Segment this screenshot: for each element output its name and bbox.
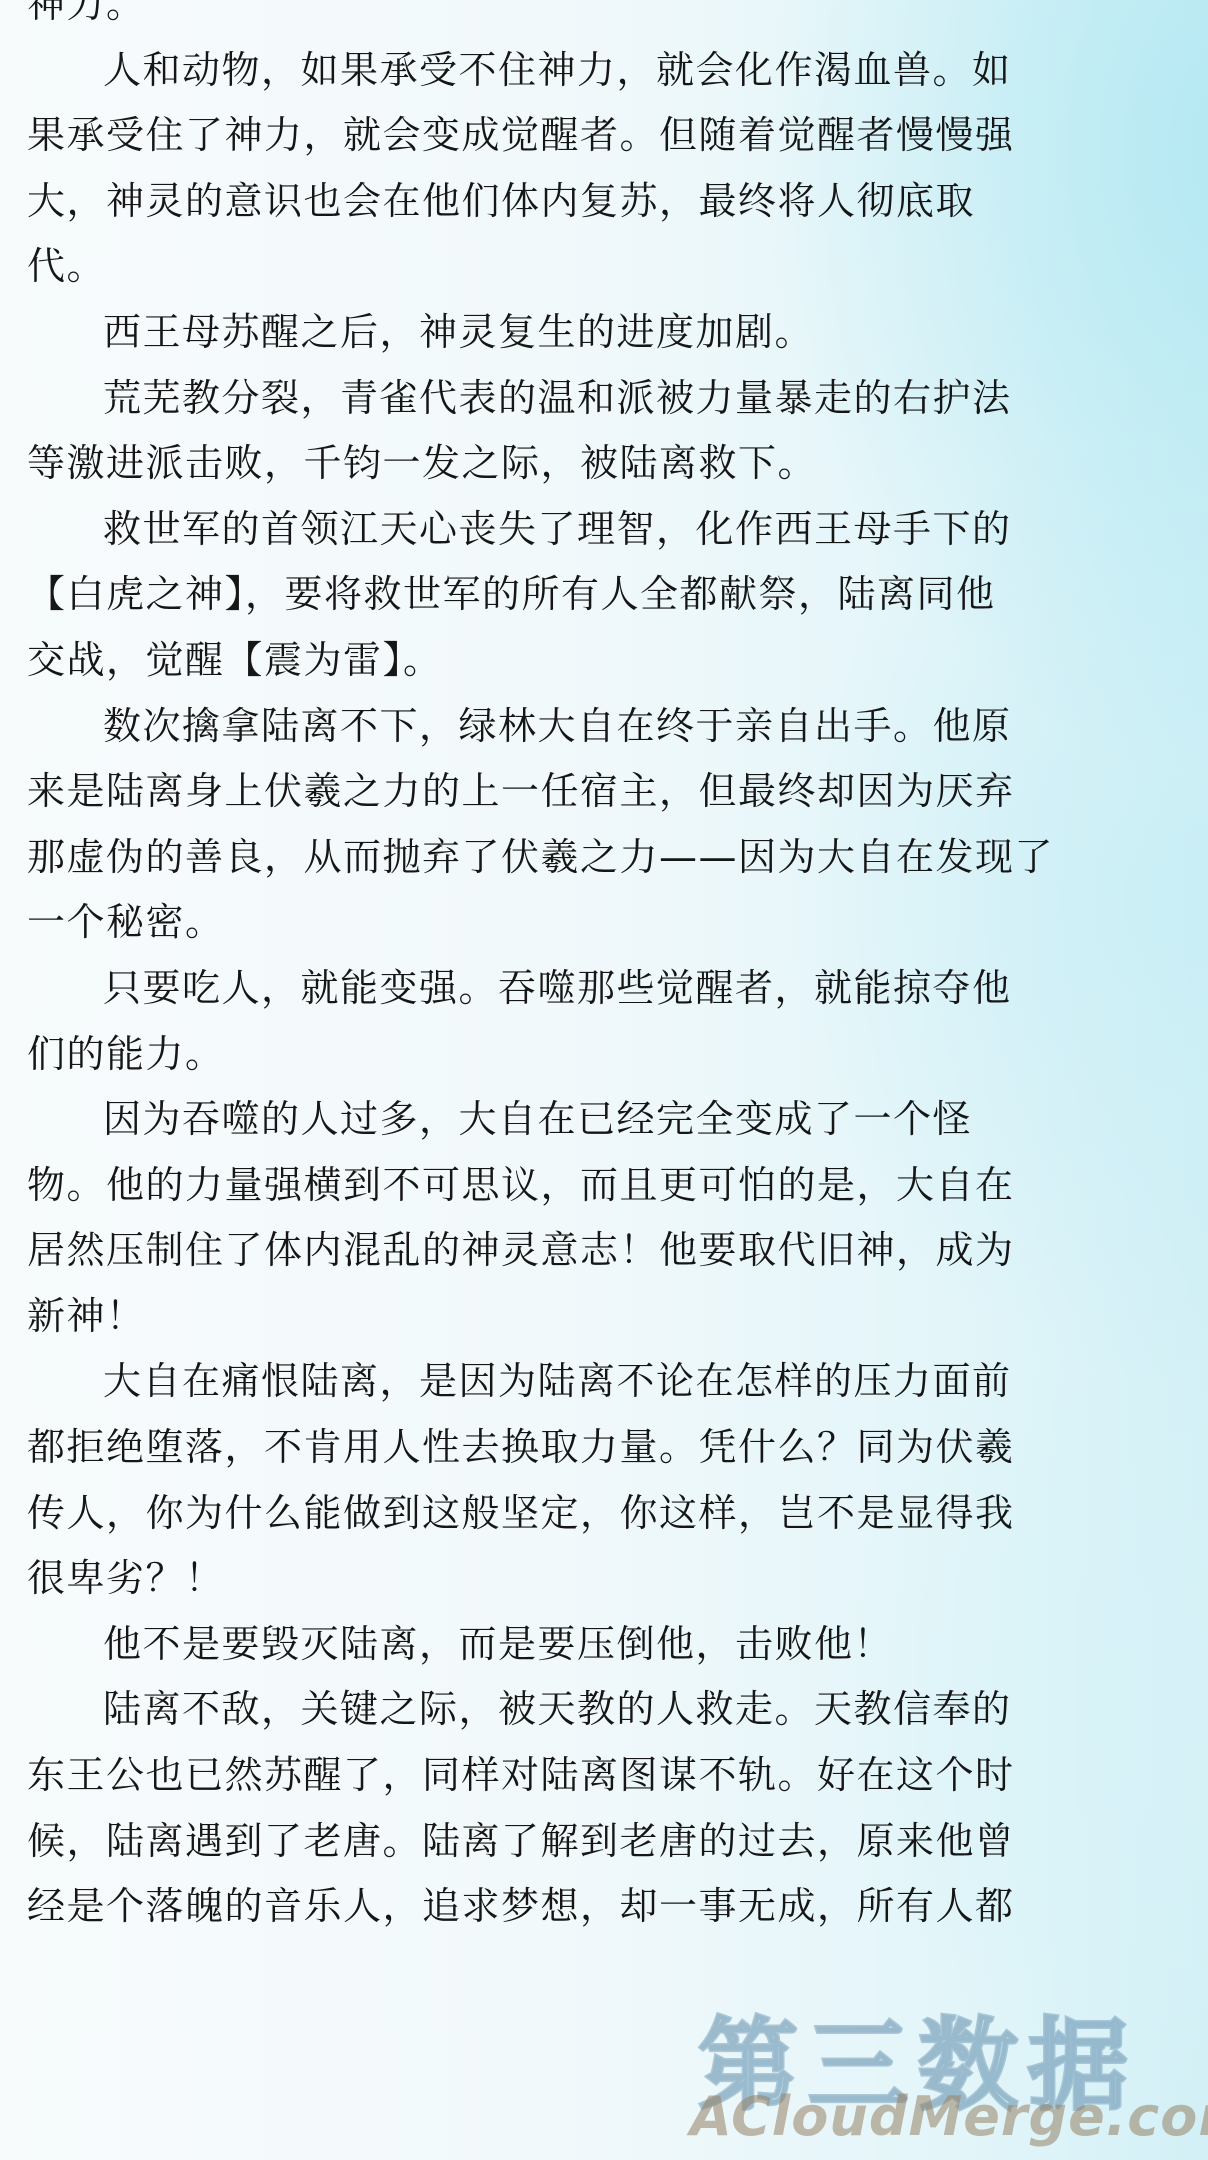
paragraph-start-line: 陆离不敌，关键之际，被天教的人救走。天教信奉的 <box>27 1677 1177 1743</box>
paragraph-start-line: 西王母苏醒之后，神灵复生的进度加剧。 <box>27 300 1177 366</box>
text-line: 交战，觉醒【震为雷】。 <box>27 628 1177 694</box>
document-page: 神力。人和动物，如果承受不住神力，就会化作渴血兽。如果承受住了神力，就会变成觉醒… <box>0 0 1208 2160</box>
text-line: 【白虎之神】，要将救世军的所有人全都献祭，陆离同他 <box>27 562 1177 628</box>
text-line: 新神！ <box>27 1284 1177 1350</box>
text-line: 物。他的力量强横到不可思议，而且更可怕的是，大自在 <box>27 1153 1177 1219</box>
text-line: 代。 <box>27 234 1177 300</box>
paragraph-start-line: 救世军的首领江天心丧失了理智，化作西王母手下的 <box>27 497 1177 563</box>
paragraph-start-line: 他不是要毁灭陆离，而是要压倒他，击败他！ <box>27 1612 1177 1678</box>
text-line: 来是陆离身上伏羲之力的上一任宿主，但最终却因为厌弃 <box>27 759 1177 825</box>
paragraph-start-line: 人和动物，如果承受不住神力，就会化作渴血兽。如 <box>27 38 1177 104</box>
text-line: 等激进派击败，千钧一发之际，被陆离救下。 <box>27 431 1177 497</box>
paragraph-start-line: 荒芜教分裂，青雀代表的温和派被力量暴走的右护法 <box>27 366 1177 432</box>
story-text: 神力。人和动物，如果承受不住神力，就会化作渴血兽。如果承受住了神力，就会变成觉醒… <box>27 0 1177 1940</box>
watermark: 第三数据 ACloudMerge.com <box>690 1985 1190 2160</box>
text-line: 很卑劣？！ <box>27 1546 1177 1612</box>
text-line: 一个秘密。 <box>27 890 1177 956</box>
text-line: 东王公也已然苏醒了，同样对陆离图谋不轨。好在这个时 <box>27 1743 1177 1809</box>
text-line: 果承受住了神力，就会变成觉醒者。但随着觉醒者慢慢强 <box>27 103 1177 169</box>
text-line: 神力。 <box>27 0 1177 38</box>
text-line: 传人，你为什么能做到这般坚定，你这样，岂不是显得我 <box>27 1481 1177 1547</box>
text-line: 候，陆离遇到了老唐。陆离了解到老唐的过去，原来他曾 <box>27 1809 1177 1875</box>
text-line: 们的能力。 <box>27 1022 1177 1088</box>
text-line: 大，神灵的意识也会在他们体内复苏，最终将人彻底取 <box>27 169 1177 235</box>
paragraph-start-line: 因为吞噬的人过多，大自在已经完全变成了一个怪 <box>27 1087 1177 1153</box>
text-line: 那虚伪的善良，从而抛弃了伏羲之力——因为大自在发现了 <box>27 825 1177 891</box>
watermark-chinese: 第三数据 <box>698 1985 1138 2129</box>
paragraph-start-line: 只要吃人，就能变强。吞噬那些觉醒者，就能掠夺他 <box>27 956 1177 1022</box>
text-line: 居然压制住了体内混乱的神灵意志！他要取代旧神，成为 <box>27 1218 1177 1284</box>
text-line: 经是个落魄的音乐人，追求梦想，却一事无成，所有人都 <box>27 1874 1177 1940</box>
paragraph-start-line: 数次擒拿陆离不下，绿林大自在终于亲自出手。他原 <box>27 694 1177 760</box>
text-line: 都拒绝堕落，不肯用人性去换取力量。凭什么？同为伏羲 <box>27 1415 1177 1481</box>
paragraph-start-line: 大自在痛恨陆离，是因为陆离不论在怎样的压力面前 <box>27 1349 1177 1415</box>
watermark-english: ACloudMerge.com <box>690 2085 1208 2148</box>
